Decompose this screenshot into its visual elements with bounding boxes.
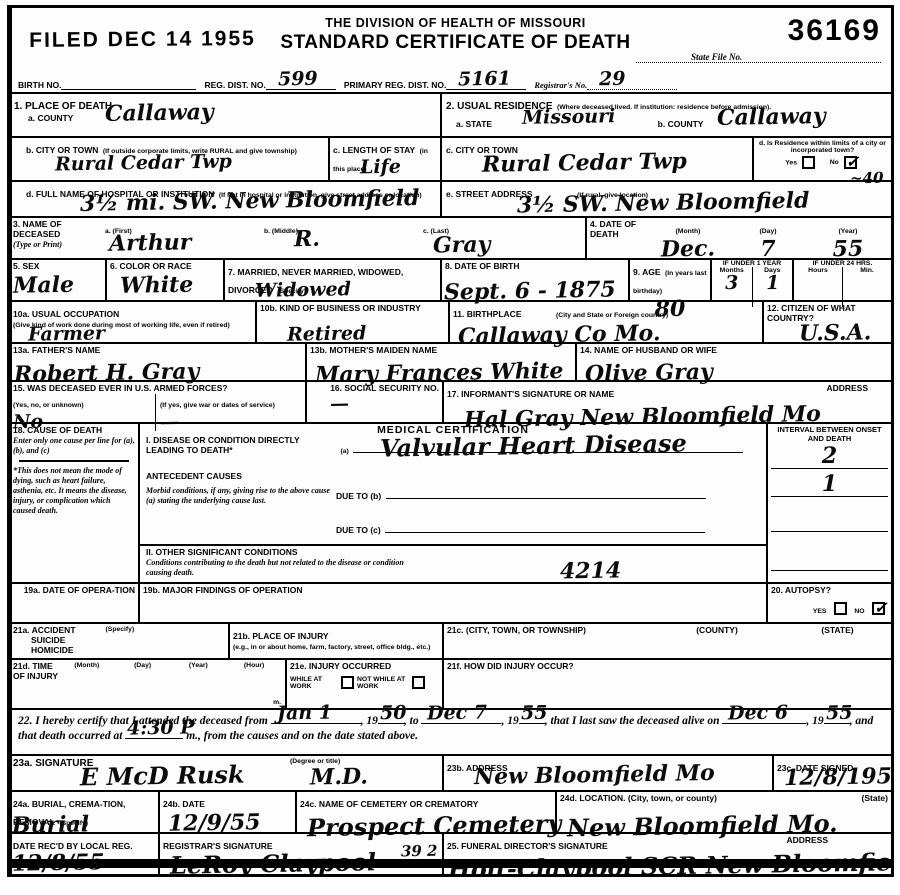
middle-name-value: R. [294,228,320,250]
informant-address-label: ADDRESS [826,384,868,394]
state-file-number: 36169 [636,14,881,48]
residence-city-value: Rural Cedar Twp [482,150,687,176]
filed-stamp: FILED DEC 14 1955 [10,13,275,67]
certify-alive-value: Dec 6 [728,703,788,723]
certify-from-value: Jan 1 [276,704,331,724]
certify-year2: 55 [521,704,548,723]
autopsy-no-mark: ✓ [874,598,887,617]
under-year-label: IF UNDER 1 YEAR [712,260,792,267]
disease-a-value: Valvular Heart Disease [380,431,687,460]
box-operation-date: 19a. DATE OF OPERA-TION [10,584,138,622]
row-certify: 22. I hereby certify that I attended the… [10,708,891,754]
degree-value: M.D. [310,765,368,788]
box-citizen: 12. CITIZEN OF WHAT COUNTRY? U.S.A. [762,302,891,342]
stay-value: Life [360,158,401,178]
days-value: 1 [752,274,792,294]
box-marital: 7. MARRIED, NEVER MARRIED, WIDOWED, DIVO… [223,260,440,300]
color-race-label: 6. COLOR OR RACE [110,262,220,272]
certificate-title: STANDARD CERTIFICATE OF DEATH [275,32,636,54]
armed-forces-label: 15. WAS DECEASED EVER IN U.S. ARMED FORC… [13,384,302,394]
operation-findings-label: 19b. MAJOR FINDINGS OF OPERATION [143,586,763,596]
certify-to-value: Dec 7 [427,703,487,723]
county-value: Callaway [105,101,214,125]
certify-seg7: , 19 [806,715,823,727]
spouse-label: 14. NAME OF HUSBAND OR WIFE [580,346,888,356]
marital-value: Widowed [255,280,351,301]
cemetery-label: 24c. NAME OF CEMETERY OR CREMATORY [300,799,478,809]
injury-place-note: (e.g., in or about home, farm, factory, … [233,644,439,651]
box-occupation: 10a. USUAL OCCUPATION (Give kind of work… [10,302,255,342]
limits-no-mark: ✓ [846,152,859,171]
injury-kind-note: (Specify) [106,626,135,656]
box-sex: 5. SEX Male [10,260,105,300]
cause-title: 18. CAUSE OF DEATH [13,426,135,436]
due-c-label: DUE TO (c) [336,525,381,535]
interval-label: INTERVAL BETWEEN ONSET AND DEATH [771,426,888,443]
autopsy-yes-label: YES [813,608,827,615]
state-file-block: 36169 State File No. [636,14,891,66]
interval-a-value: 2 [822,443,837,469]
autopsy-no-label: NO [854,608,864,615]
dob-label: 8. DATE OF BIRTH [445,262,625,272]
morbid-note: Morbid conditions, if any, giving rise t… [146,486,336,538]
certify-year1: 50 [380,704,407,723]
box-armed-forces: 15. WAS DECEASED EVER IN U.S. ARMED FORC… [10,382,305,422]
birthplace-note: (City and State or Foreign country) [556,312,668,319]
father-label: 13a. FATHER'S NAME [13,346,302,356]
injury-occurred-label: 21e. INJURY OCCURRED [290,662,439,672]
agency-title: THE DIVISION OF HEALTH OF MISSOURI [275,16,636,30]
injury-county-label: (COUNTY) [647,626,787,656]
row-name-date: 3. NAME OF DECEASED (Type or Print) a. (… [10,216,891,258]
row-burial: 24a. BURIAL, CREMA-TION, REMOVAL (Specif… [10,790,891,832]
box-signature: 23a. SIGNATURE E McD Rusk (Degree or tit… [10,756,442,790]
box-business: 10b. KIND OF BUSINESS OR INDUSTRY Retire… [255,302,448,342]
registrar-number: 39 2 [401,844,438,860]
certificate-header: FILED DEC 14 1955 THE DIVISION OF HEALTH… [10,8,891,66]
box-color-race: 6. COLOR OR RACE White [105,260,223,300]
residence-state-value: Missouri [522,107,616,128]
injury-city-label: 21c. (CITY, TOWN, OR TOWNSHIP) [447,626,647,656]
residence-state-label: a. STATE [456,119,492,129]
other-conditions-code: 4214 [560,559,622,582]
title-block: THE DIVISION OF HEALTH OF MISSOURI STAND… [275,14,636,66]
other-conditions-note: Conditions contributing to the death but… [146,558,426,578]
injury-place-label: 21b. PLACE OF INJURY [233,631,329,641]
certify-seg6: alive on [682,715,719,727]
due-b-field [386,487,706,499]
funeral-address-label: ADDRESS [786,836,828,846]
date-of-death-title: 4. DATE OF DEATH [590,220,648,256]
limits-no-checkbox: ✓ [844,156,857,169]
reg-dist-value: 599 [278,70,318,90]
ssn-value: — [330,393,439,414]
birth-no-label: BIRTH NO. [18,80,61,90]
registration-line: BIRTH NO. REG. DIST. NO. 599 PRIMARY REG… [10,66,891,92]
death-day-label: (Day) [760,228,777,235]
row-medical-certification: 18. CAUSE OF DEATH Enter only one cause … [10,422,891,582]
under-day-label: IF UNDER 24 HRS. [794,260,891,267]
injury-how-label: 21f. HOW DID INJURY OCCUR? [447,662,888,672]
armed-forces-note2: (If yes, give war or dates of service) [160,402,275,409]
box-medical-main: MEDICAL CERTIFICATION I. DISEASE OR COND… [138,424,766,582]
sex-label: 5. SEX [13,262,102,272]
box-registrar-signature: REGISTRAR'S SIGNATURE LeRoy Claypool 39 … [158,834,442,874]
box-date-signed: 23c. DATE SIGNED 12/8/1955 [772,756,891,790]
box-interval: INTERVAL BETWEEN ONSET AND DEATH 2 1 [766,424,891,582]
box-cause-sidebar: 18. CAUSE OF DEATH Enter only one cause … [10,424,138,582]
injury-state-label: (STATE) [787,626,888,656]
due-c-field [385,521,705,533]
autopsy-no-checkbox: ✓ [872,602,885,615]
box-mother: 13b. MOTHER'S MAIDEN NAME Mary Frances W… [305,344,575,380]
scan-bottom-band [10,859,891,868]
row-injury-kind: 21a. ACCIDENT SUICIDE HOMICIDE (Specify)… [10,622,891,658]
injury-month-label: (Month) [59,662,115,706]
business-label: 10b. KIND OF BUSINESS OR INDUSTRY [260,304,445,314]
city-value: Rural Cedar Twp [55,152,232,174]
row-occupation: 10a. USUAL OCCUPATION (Give kind of work… [10,300,891,342]
injury-kind-label3: HOMICIDE [31,646,76,656]
limits-no-label: No [830,159,839,166]
operation-date-label: 19a. DATE OF OPERA-TION [13,586,135,596]
birth-no-field [61,78,196,90]
birthplace-label: 11. BIRTHPLACE [453,309,522,319]
row-signature: 23a. SIGNATURE E McD Rusk (Degree or tit… [10,754,891,790]
row-injury-time: 21d. TIME OF INJURY (Month) (Day) (Year)… [10,658,891,708]
place-of-death-title: 1. PLACE OF DEATH [14,101,112,112]
injury-not-while-label: NOT WHILE AT WORK [357,676,409,690]
months-value: 3 [712,274,752,294]
box-date-of-birth: 8. DATE OF BIRTH Sept. 6 - 1875 [440,260,628,300]
informant-label: 17. INFORMANT'S SIGNATURE OR NAME [447,389,614,399]
box-injury-occurred: 21e. INJURY OCCURRED WHILE AT WORK NOT W… [285,660,442,708]
name-note: (Type or Print) [13,240,105,250]
box-social-security: 16. SOCIAL SECURITY NO. — [305,382,442,422]
box-injury-kind: 21a. ACCIDENT SUICIDE HOMICIDE (Specify) [10,624,228,658]
first-name-value: Arthur [109,231,192,254]
hospital-value: 3½ mi. SW. New Bloomfield [80,187,420,215]
box-injury-time: 21d. TIME OF INJURY (Month) (Day) (Year)… [10,660,285,708]
box-burial-type: 24a. BURIAL, CREMA-TION, REMOVAL (Specif… [10,792,158,832]
cause-note1: Enter only one cause per line for (a), (… [13,436,135,456]
color-race-value: White [120,273,220,297]
box-name-of-deceased: 3. NAME OF DECEASED (Type or Print) a. (… [10,218,585,258]
due-b-label: DUE TO (b) [336,491,381,501]
row-operation: 19a. DATE OF OPERA-TION 19b. MAJOR FINDI… [10,582,891,622]
armed-forces-note1: (Yes, no, or unknown) [13,402,84,409]
box-informant: 17. INFORMANT'S SIGNATURE OR NAME ADDRES… [442,382,891,422]
certify-time-value: 4:30 P [127,718,195,738]
box-date-received: DATE REC'D BY LOCAL REG. 12/8/55 [10,834,158,874]
certify-no: 22. [18,715,32,727]
box-date-of-death: 4. DATE OF DEATH (Month) Dec. (Day) 7 (Y… [585,218,891,258]
box-injury-city: 21c. (CITY, TOWN, OR TOWNSHIP) (COUNTY) … [442,624,891,658]
certify-seg2: , 19 [361,715,378,727]
funeral-director-label: 25. FUNERAL DIRECTOR'S SIGNATURE [447,841,608,851]
street-value: 3½ SW. New Bloomfield [517,189,810,216]
mother-label: 13b. MOTHER'S MAIDEN NAME [310,346,572,356]
registrar-no-field: 29 [587,78,677,90]
burial-date-label: 24b. DATE [163,799,205,809]
reg-dist-field: 599 [266,78,336,90]
certify-seg5: , that I last saw the deceased [545,715,680,727]
primary-reg-field: 5161 [446,78,526,90]
primary-reg-value: 5161 [458,70,511,90]
certify-seg9: m., from the causes and on the date stat… [186,730,418,742]
disease-label: I. DISEASE OR CONDITION DIRECTLY LEADING… [146,436,336,456]
box-father: 13a. FATHER'S NAME Robert H. Gray [10,344,305,380]
certificate-page: FILED DEC 14 1955 THE DIVISION OF HEALTH… [7,5,894,877]
box-cemetery: 24c. NAME OF CEMETERY OR CREMATORY Prosp… [295,792,555,832]
hours-label: Hours [794,267,842,274]
box-burial-date: 24b. DATE 12/9/55 [158,792,295,832]
date-signed-value: 12/8/1955 [784,765,894,789]
reg-dist-label: REG. DIST. NO. [204,80,265,90]
cause-note2: *This does not mean the mode of dying, s… [13,466,135,516]
limits-label: d. Is Residence within limits of a city … [757,140,888,154]
box-burial-location: 24d. LOCATION. (City, town, or county) (… [555,792,891,832]
row-sex-age: 5. SEX Male 6. COLOR OR RACE White 7. MA… [10,258,891,300]
last-name-value: Gray [433,234,491,257]
interval-d-field [771,570,888,571]
box-under-one-year: IF UNDER 1 YEAR Months 3 Days 1 [710,260,792,300]
county-label: a. COUNTY [28,114,436,124]
autopsy-label: 20. AUTOPSY? [771,586,888,596]
injury-not-while-checkbox [412,676,425,689]
box-autopsy: 20. AUTOPSY? YES NO ✓ [766,584,891,622]
box-injury-place: 21b. PLACE OF INJURY (e.g., in or about … [228,624,442,658]
scanned-death-certificate: FILED DEC 14 1955 THE DIVISION OF HEALTH… [0,0,900,895]
min-label: Min. [843,267,891,274]
row-informant: 15. WAS DECEASED EVER IN U.S. ARMED FORC… [10,380,891,422]
box-injury-how: 21f. HOW DID INJURY OCCUR? [442,660,891,708]
registrar-no-value: 29 [599,70,626,89]
injury-day-label: (Day) [115,662,171,706]
disease-a-tag: (a) [340,448,348,455]
signature-value: E McD Rusk [80,763,245,790]
death-year-label: (Year) [839,228,858,235]
residence-county-label: b. COUNTY [658,119,704,129]
box-operation-findings: 19b. MAJOR FINDINGS OF OPERATION [138,584,766,622]
box-place-of-death: 1. PLACE OF DEATH a. COUNTY Callaway b. … [10,94,440,216]
injury-year-label: (Year) [171,662,227,706]
box-signature-address: 23b. ADDRESS New Bloomfield Mo [442,756,772,790]
row-place-residence: 1. PLACE OF DEATH a. COUNTY Callaway b. … [10,92,891,216]
embalmer-note: (Licensed Embalmer's Statement on Revers… [10,874,891,877]
limits-yes-label: Yes [785,159,797,166]
occupation-label: 10a. USUAL OCCUPATION [13,309,119,319]
injury-time-label: 21d. TIME OF INJURY [13,662,59,706]
signature-address-value: New Bloomfield Mo [474,762,715,788]
box-usual-residence: 2. USUAL RESIDENCE (Where deceased lived… [440,94,891,216]
box-spouse: 14. NAME OF HUSBAND OR WIFE Olive Gray [575,344,891,380]
registrar-no-label: Registrar's No. [534,80,587,90]
death-month-label: (Month) [676,228,701,235]
age-label: 9. AGE [633,267,661,277]
other-conditions-label: II. OTHER SIGNIFICANT CONDITIONS [146,548,760,558]
name-title: 3. NAME OF DECEASED [13,220,105,240]
limits-yes-checkbox [802,156,815,169]
box-under-24-hrs: IF UNDER 24 HRS. Hours Min. [792,260,891,300]
primary-reg-label: PRIMARY REG. DIST. NO. [344,80,447,90]
interval-b-value: 1 [822,471,837,497]
injury-while-label: WHILE AT WORK [290,676,338,690]
certify-seg4: , 19 [501,715,518,727]
box-age: 9. AGE (In years last birthday) 80 [628,260,710,300]
stay-label: c. LENGTH OF STAY [333,145,415,155]
interval-c-field [771,531,888,532]
burial-location-state-label: (State) [862,794,888,830]
box-birthplace: 11. BIRTHPLACE (City and State or Foreig… [448,302,762,342]
residence-county-value: Callaway [717,105,826,129]
autopsy-yes-checkbox [834,602,847,615]
sex-value: Male [13,273,102,297]
state-file-label: State File No. [636,52,881,63]
antecedent-label: ANTECEDENT CAUSES [146,471,242,481]
row-parents: 13a. FATHER'S NAME Robert H. Gray 13b. M… [10,342,891,380]
box-funeral-director: 25. FUNERAL DIRECTOR'S SIGNATURE ADDRESS… [442,834,891,874]
injury-while-checkbox [341,676,354,689]
certify-year3: 55 [825,704,852,723]
